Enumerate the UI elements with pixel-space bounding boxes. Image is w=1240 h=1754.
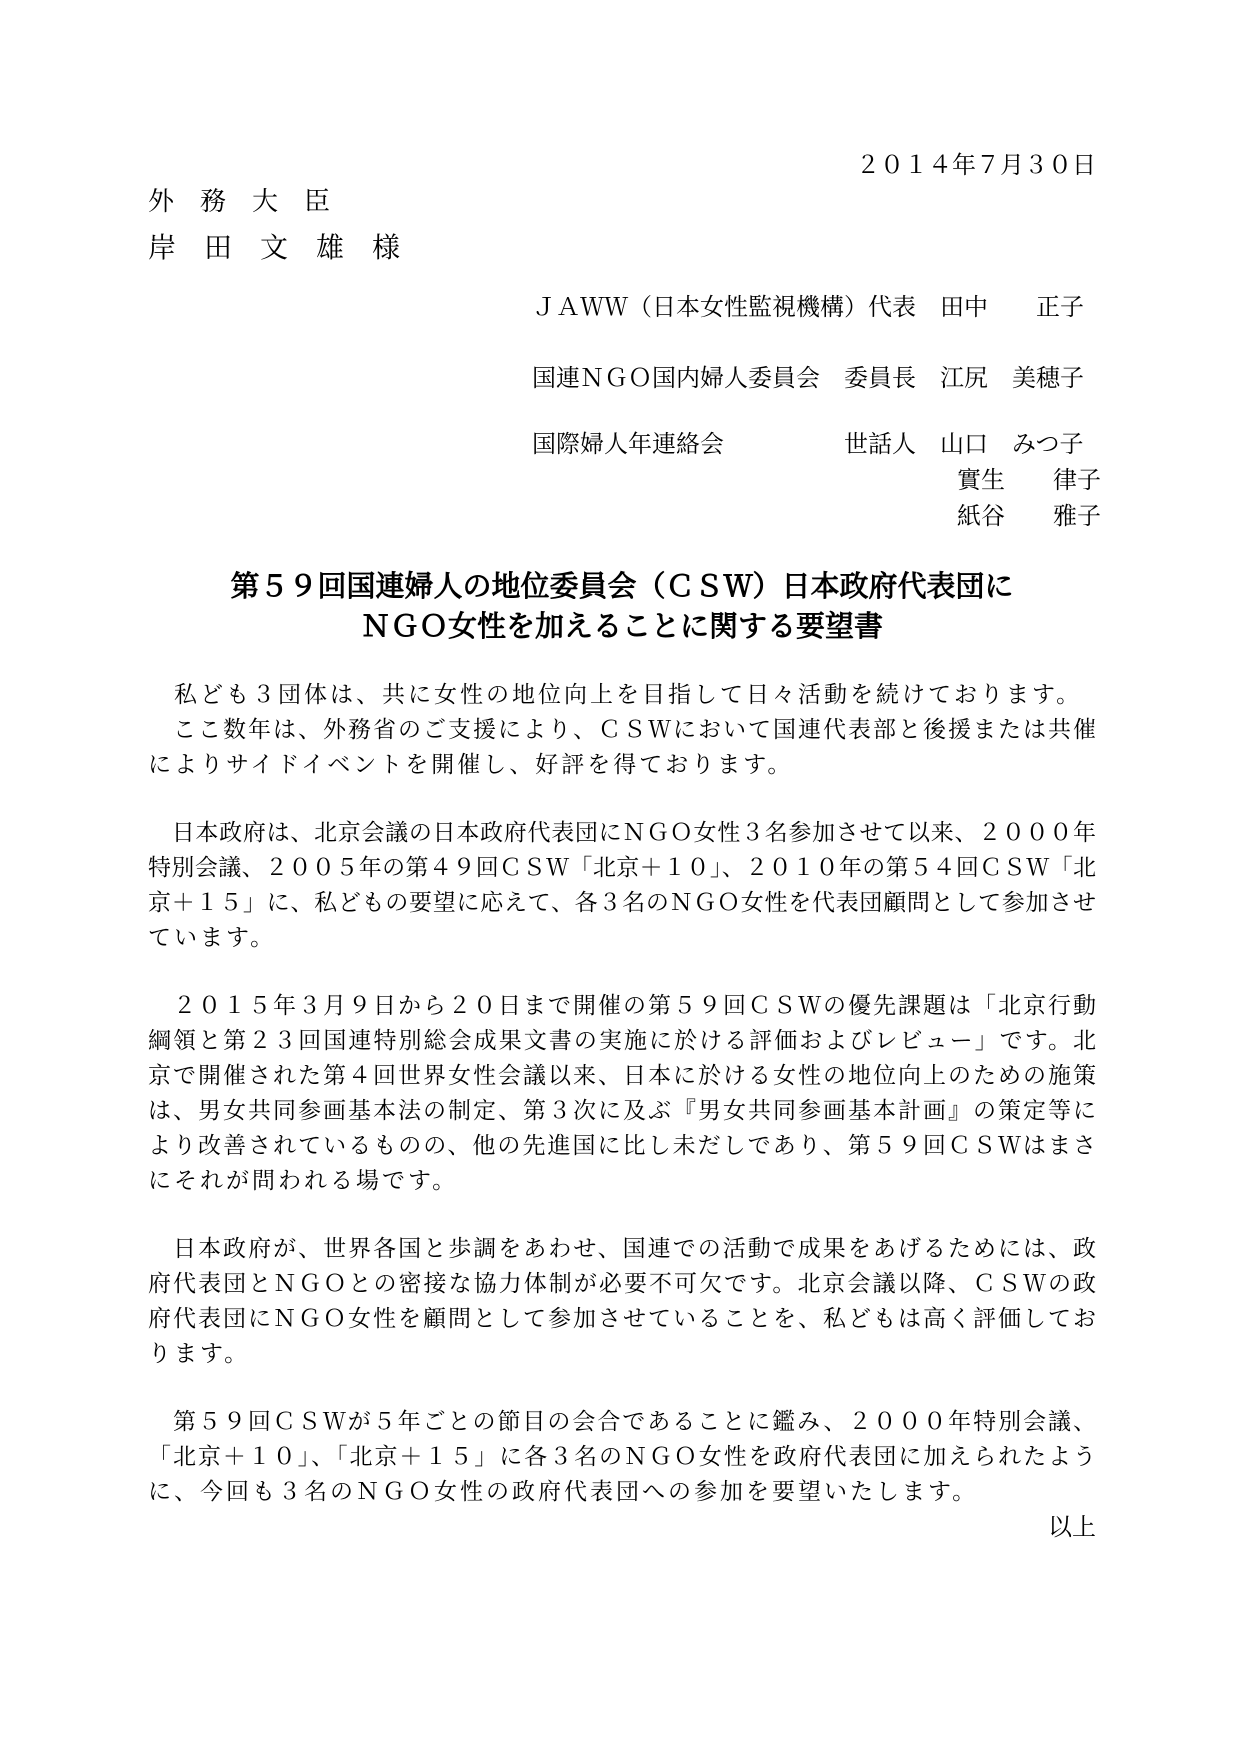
paragraph-5: 日本政府が、世界各国と歩調をあわせ、国連での活動で成果をあげるためには、政府代表… bbox=[148, 1231, 1096, 1371]
paragraph-line: 府代表団にＮＧＯ女性を顧問として参加させていることを、私どもは高く評価してお bbox=[148, 1301, 1096, 1336]
signatory-jaww: ＪＡＷＷ（日本女性監視機構）代表 田中 正子 bbox=[532, 290, 1096, 326]
paragraph-1: 私ども３団体は、共に女性の地位向上を目指して日々活動を続けております。 bbox=[148, 677, 1096, 712]
paragraph-line: 日本政府は、北京会議の日本政府代表団にＮＧＯ女性３名参加させて以来、２０００年 bbox=[148, 815, 1096, 850]
paragraph-line: 日本政府が、世界各国と歩調をあわせ、国連での活動で成果をあげるためには、政 bbox=[148, 1231, 1096, 1266]
paragraph-line: にそれが問われる場です。 bbox=[148, 1163, 1096, 1198]
paragraph-line: 綱領と第２３回国連特別総会成果文書の実施に於ける評価およびレビュー」です。北 bbox=[148, 1023, 1096, 1058]
paragraph-line: ています。 bbox=[148, 920, 1096, 955]
addressee-title: 外 務 大 臣 bbox=[148, 184, 1096, 220]
paragraph-line: 府代表団とＮＧＯとの密接な協力体制が必要不可欠です。北京会議以降、ＣＳＷの政 bbox=[148, 1266, 1096, 1301]
paragraph-line: ります。 bbox=[148, 1336, 1096, 1371]
paragraph-line: 「北京＋１０」、「北京＋１５」に各３名のＮＧＯ女性を政府代表団に加えられたよう bbox=[148, 1439, 1096, 1474]
paragraph-2: ここ数年は、外務省のご支援により、ＣＳＷにおいて国連代表部と後援または共催により… bbox=[148, 712, 1096, 782]
signatory-name-minou: 實生 律子 bbox=[957, 463, 1096, 499]
document-title: 第５９回国連婦人の地位委員会（ＣＳＷ）日本政府代表団に ＮＧＯ女性を加えることに… bbox=[148, 567, 1096, 647]
signatories-block: ＪＡＷＷ（日本女性監視機構）代表 田中 正子 国連ＮＧＯ国内婦人委員会 委員長 … bbox=[532, 290, 1096, 535]
signatory-intl-womens-year-liaison: 国際婦人年連絡会 世話人 山口 みつ子 bbox=[532, 427, 1096, 463]
paragraph-line: 京＋１５」に、私どもの要望に応えて、各３名のＮＧＯ女性を代表団顧問として参加させ bbox=[148, 885, 1096, 920]
paragraph-line: 特別会議、２００５年の第４９回ＣＳＷ「北京＋１０」、２０１０年の第５４回ＣＳＷ「… bbox=[148, 850, 1096, 885]
paragraph-line: によりサイドイベントを開催し、好評を得ております。 bbox=[148, 747, 1096, 782]
paragraph-line: 私ども３団体は、共に女性の地位向上を目指して日々活動を続けております。 bbox=[148, 677, 1096, 712]
document-date: ２０１４年７月３０日 bbox=[148, 148, 1096, 184]
paragraph-line: 第５９回ＣＳＷが５年ごとの節目の会合であることに鑑み、２０００年特別会議、 bbox=[148, 1404, 1096, 1439]
paragraph-line: より改善されているものの、他の先進国に比し未だしであり、第５９回ＣＳＷはまさ bbox=[148, 1128, 1096, 1163]
paragraph-4: ２０１５年３月９日から２０日まで開催の第５９回ＣＳＷの優先課題は「北京行動綱領と… bbox=[148, 988, 1096, 1198]
addressee-name: 岸 田 文 雄 様 bbox=[148, 228, 1096, 270]
closing-ijou: 以上 bbox=[148, 1511, 1096, 1546]
paragraph-3: 日本政府は、北京会議の日本政府代表団にＮＧＯ女性３名参加させて以来、２０００年特… bbox=[148, 815, 1096, 955]
signatory-name-kamitani: 紙谷 雅子 bbox=[957, 499, 1096, 535]
document-body: 私ども３団体は、共に女性の地位向上を目指して日々活動を続けております。 ここ数年… bbox=[148, 677, 1096, 1509]
document-page: ２０１４年７月３０日 外 務 大 臣 岸 田 文 雄 様 ＪＡＷＷ（日本女性監視… bbox=[0, 0, 1240, 1754]
signatory-un-ngo-committee: 国連ＮＧＯ国内婦人委員会 委員長 江尻 美穂子 bbox=[532, 361, 1096, 397]
paragraph-line: ２０１５年３月９日から２０日まで開催の第５９回ＣＳＷの優先課題は「北京行動 bbox=[148, 988, 1096, 1023]
paragraph-line: は、男女共同参画基本法の制定、第３次に及ぶ『男女共同参画基本計画』の策定等に bbox=[148, 1093, 1096, 1128]
paragraph-line: 京で開催された第４回世界女性会議以来、日本に於ける女性の地位向上のための施策 bbox=[148, 1058, 1096, 1093]
paragraph-6: 第５９回ＣＳＷが５年ごとの節目の会合であることに鑑み、２０００年特別会議、「北京… bbox=[148, 1404, 1096, 1509]
paragraph-line: ここ数年は、外務省のご支援により、ＣＳＷにおいて国連代表部と後援または共催 bbox=[148, 712, 1096, 747]
paragraph-line: に、今回も３名のＮＧＯ女性の政府代表団への参加を要望いたします。 bbox=[148, 1474, 1096, 1509]
